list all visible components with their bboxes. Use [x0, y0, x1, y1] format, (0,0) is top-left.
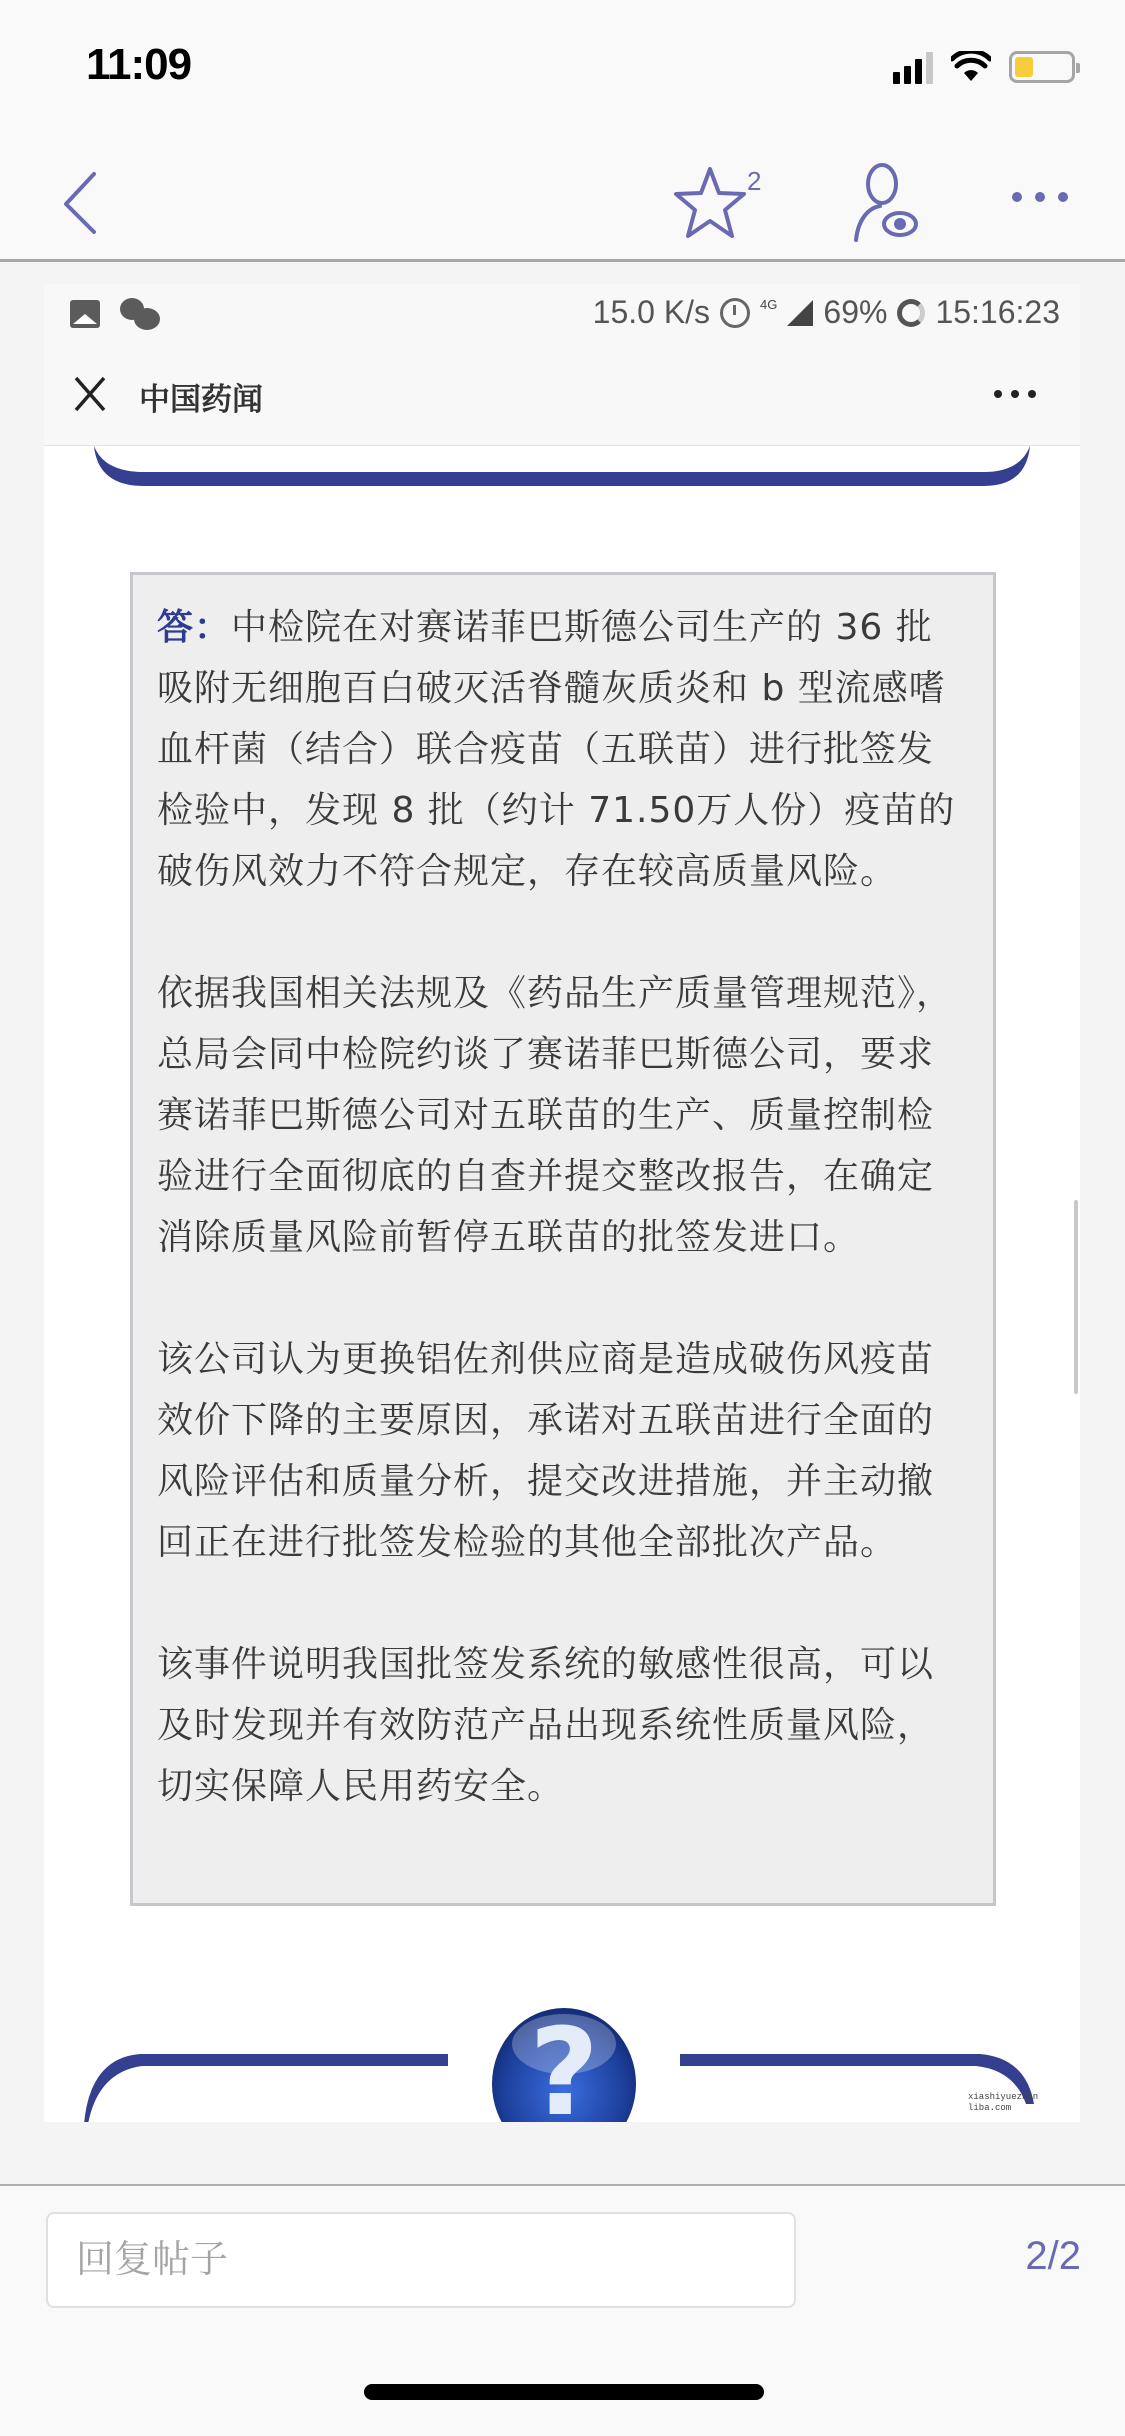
wechat-notification-icon — [120, 298, 160, 330]
article-source-title: 中国药闻 — [139, 374, 263, 419]
more-dots-icon — [994, 390, 1036, 398]
image-article-titlebar: 中国药闻 — [44, 344, 1080, 446]
more-options-button[interactable] — [1012, 192, 1068, 202]
network-speed: 15.0 K/s — [593, 294, 710, 331]
answer-paragraph: 该事件说明我国批签发系统的敏感性很高，可以及时发现并有效防范产品出现系统性质量风… — [157, 1634, 969, 1817]
decorative-banner-bottom — [84, 446, 1040, 490]
signal-icon — [787, 300, 813, 326]
loading-ring-icon — [897, 299, 925, 327]
wifi-icon — [951, 51, 991, 83]
image-watermark: xiashiyuezhan liba.com — [968, 2092, 1038, 2114]
image-scrollbar — [1074, 1200, 1078, 1394]
gallery-notification-icon — [70, 300, 100, 328]
page-indicator[interactable]: 2/2 — [1025, 2234, 1081, 2279]
app-nav-bar: 2 — [0, 140, 1125, 262]
answer-paragraph: 答：中检院在对赛诺菲巴斯德公司生产的 36 批吸附无细胞百白破灭活脊髓灰质炎和 … — [157, 597, 969, 902]
answer-box: 答：中检院在对赛诺菲巴斯德公司生产的 36 批吸附无细胞百白破灭活脊髓灰质炎和 … — [130, 572, 996, 1906]
network-type: 4G — [760, 297, 777, 312]
favorite-star-icon[interactable] — [670, 165, 750, 240]
alarm-icon — [720, 298, 750, 328]
reply-input[interactable] — [46, 2212, 796, 2308]
answer-paragraph: 该公司认为更换铝佐剂供应商是造成破伤风疫苗效价下降的主要原因，承诺对五联苗进行全… — [157, 1329, 969, 1573]
home-indicator[interactable] — [364, 2384, 764, 2400]
author-view-icon[interactable] — [850, 162, 930, 242]
image-android-status-bar: 15.0 K/s 4G 69% 15:16:23 — [44, 284, 1080, 344]
close-icon — [72, 374, 108, 414]
post-image[interactable]: 15.0 K/s 4G 69% 15:16:23 中国药闻 答：中检院在对赛诺菲… — [44, 284, 1080, 2122]
cellular-signal-icon — [893, 50, 933, 84]
android-time: 15:16:23 — [935, 294, 1060, 331]
android-battery: 69% — [823, 294, 887, 331]
svg-text:?: ? — [529, 2004, 599, 2122]
answer-label: 答： — [157, 607, 231, 648]
battery-icon — [1009, 51, 1075, 83]
back-chevron-icon[interactable] — [56, 168, 106, 238]
status-indicators — [893, 50, 1075, 84]
favorite-count: 2 — [747, 166, 761, 197]
status-time: 11:09 — [86, 40, 191, 90]
ios-status-bar: 11:09 — [0, 0, 1125, 140]
answer-paragraph: 依据我国相关法规及《药品生产质量管理规范》，总局会同中检院约谈了赛诺菲巴斯德公司… — [157, 963, 969, 1268]
question-mark-banner: ? — [80, 1984, 1040, 2122]
